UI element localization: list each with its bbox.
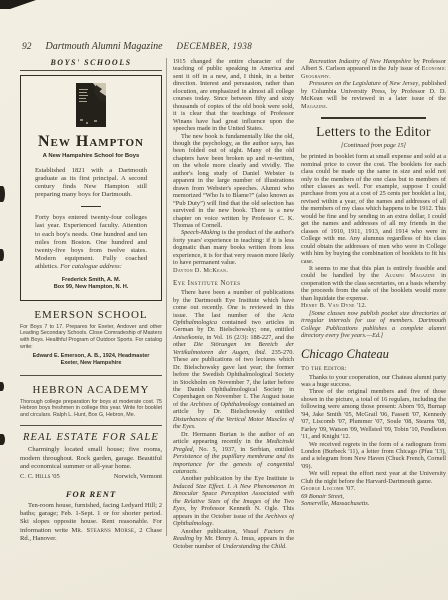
woodcut-portrait-icon [76,83,106,127]
ad-contact-name: Edward E. Emerson, A. B., 1924, Headmast… [20,353,162,360]
ad-contact-name: Frederick Smith, A. M. [29,277,153,284]
article-paragraph: Speech-Making is the product of the auth… [173,229,294,266]
divider-rule [20,375,162,376]
scan-artifact [0,382,4,391]
article-column: 1915 changed the entire character of the… [173,58,294,598]
scan-artifact [0,434,5,445]
page-number: 92 [22,42,32,52]
scan-artifact [0,186,5,202]
divider-rule [81,206,101,207]
ad-contact-address: Exeter, New Hampshire [20,360,162,367]
section-header-letters-to-the-editor: Letters to the Editor [301,124,446,140]
classified-contact-name: C. C. Hills '05 [20,473,60,480]
magazine-page: 92 Dartmouth Alumni Magazine DECEMBER, 1… [0,0,448,600]
letter-paragraph: Thanks to your cooperation, our Chateau … [301,374,446,389]
divider-rule [20,70,162,71]
article-paragraph: Another publication, Visual Factors in R… [173,528,294,550]
section-header-for-rent: FOR RENT [20,489,162,499]
article-paragraph: Another publication by the Eye Institute… [173,475,294,527]
scan-artifact [0,249,4,261]
article-paragraph: Dr. Hermann Burian is the author of an a… [173,431,294,476]
ad-paragraph: For Boys 7 to 17. Prepares for Exeter, A… [20,324,162,350]
ad-title-new-hampton: New Hampton [29,133,153,150]
section-header-real-estate: REAL ESTATE FOR SALE [20,432,162,443]
article-signature: Dayton D. McKean. [173,267,294,274]
column-divider [166,58,167,536]
ad-paragraph: Established 1821 with a Dartmouth gradua… [29,167,153,199]
ad-paragraph: Thorough college preparation for boys at… [20,399,162,419]
running-head: 92 Dartmouth Alumni Magazine DECEMBER, 1… [22,41,252,52]
article-paragraph: The new book is fundamentally like the o… [173,133,294,230]
letter-salutation: To the Editor: [301,365,446,372]
ad-paragraph: Forty boys entered twenty-four colleges … [29,214,153,271]
scan-artifact [0,0,36,9]
letter-paragraph: Three of the original members and five o… [301,388,446,440]
ad-title-hebron: HEBRON ACADEMY [20,384,162,396]
continued-from-note: [Continued from page 15] [301,142,446,149]
new-hampton-ad: New Hampton A New Hampshire School for B… [20,75,162,301]
ad-title-emerson: EMERSON SCHOOL [20,309,162,321]
ad-contact-address: Box 99, New Hampton, N. H. [29,284,153,291]
letter-paragraph: We will repeat the effort next year at t… [301,470,446,485]
letter-address-line: Somerville, Massachusetts. [301,500,446,507]
classified-contact-place: Norwich, Vermont [114,473,162,480]
section-header-boys-schools: BOYS' SCHOOLS [20,58,162,67]
letter-signature: Henry B. Van Dyne '12. [301,302,446,309]
letter-paragraph: We received regrets in the form of a rad… [301,441,446,471]
article-paragraph: Recreation Industry of New Hampshire by … [301,58,446,80]
article-paragraph: Pressures on the Legislature of New Jers… [301,80,446,110]
divider-rule [20,425,162,426]
letters-column: Recreation Industry of New Hampshire by … [301,58,446,598]
classified-paragraph: Charmingly located small house; five roo… [20,446,162,471]
letter-paragraph: It seems to me that this plan is entirel… [301,265,446,302]
magazine-title: Dartmouth Alumni Magazine [46,41,163,52]
letter-signature: George Liscomb '07. [301,485,446,492]
editors-note: [Some classes now publish pocket size di… [301,310,446,340]
ad-subtitle: A New Hampshire School for Boys [29,153,153,159]
letter-address-line: 69 Bonair Street, [301,493,446,500]
classified-paragraph: Ten-room house, furnished, facing Ledyar… [20,502,162,543]
section-header-chicago-chateau: Chicago Chateau [301,347,446,362]
article-paragraph: 1915 changed the entire character of the… [173,58,294,133]
section-rule [321,117,425,119]
section-header-eye-institute-notes: Eye Institute Notes [173,280,294,287]
letter-paragraph: be printed in booklet form at small expe… [301,153,446,265]
article-paragraph: There have been a number of publications… [173,289,294,431]
issue-date: DECEMBER, 1938 [177,41,253,51]
ads-column: BOYS' SCHOOLS New Hampton A New Hampshir… [20,58,162,543]
